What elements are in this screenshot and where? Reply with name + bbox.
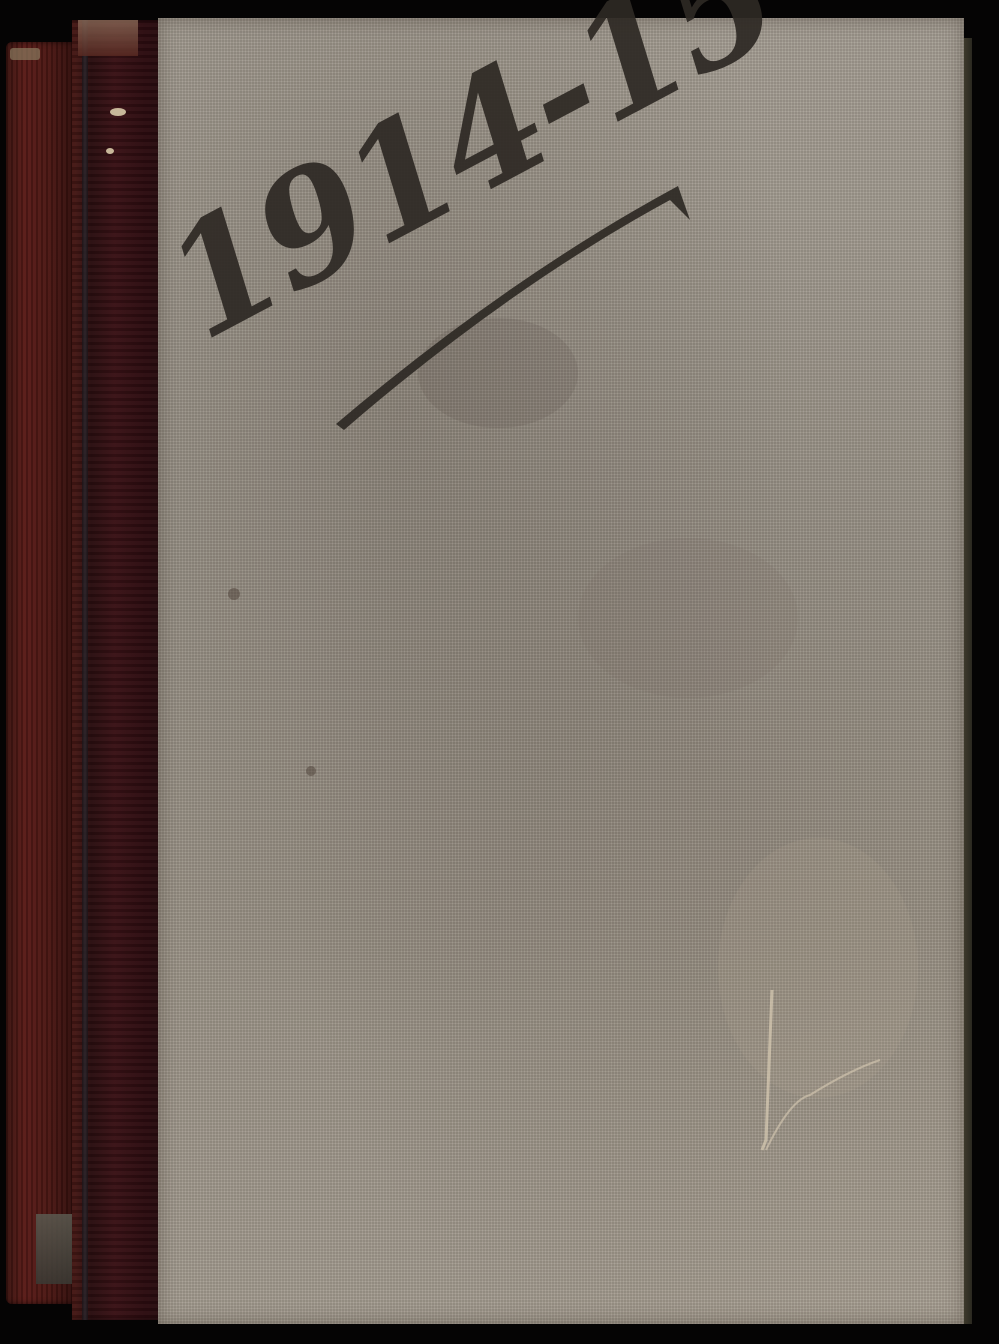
title-underline-flourish xyxy=(208,68,708,438)
leather-chip xyxy=(110,108,126,116)
cover-edge xyxy=(964,38,972,1324)
spine-worn-top xyxy=(78,20,138,56)
leather-chip xyxy=(106,148,114,154)
stain-spot xyxy=(306,766,316,776)
spine-groove xyxy=(82,20,88,1320)
book-cover-photo: 1914-15 xyxy=(0,0,999,1344)
book-back-spine xyxy=(6,42,78,1304)
stain-patch xyxy=(578,538,798,698)
stain-spot xyxy=(228,588,240,600)
cover-scratch-mark xyxy=(740,990,940,1160)
cover-title-area: 1914-15 xyxy=(208,68,708,438)
worn-corner-top xyxy=(10,48,40,60)
